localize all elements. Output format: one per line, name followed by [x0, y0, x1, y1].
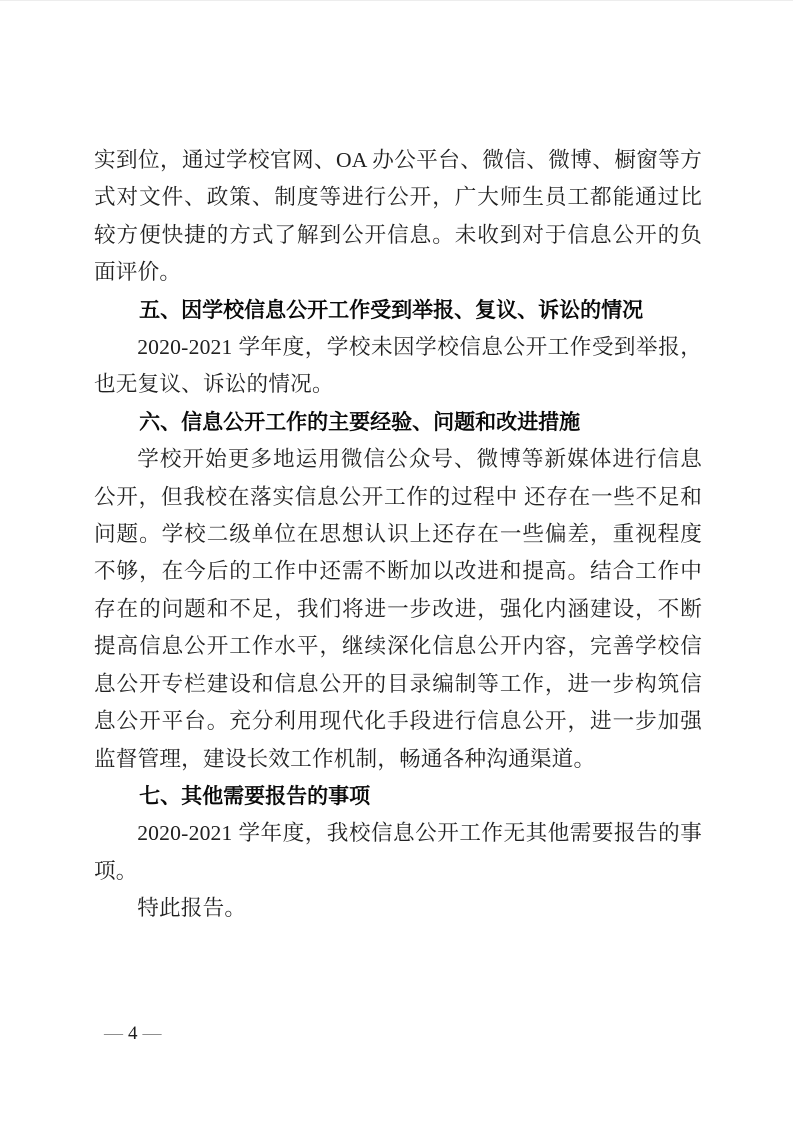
section-heading-seven: 七、其他需要报告的事项	[94, 778, 702, 815]
section-heading-six: 六、信息公开工作的主要经验、问题和改进措施	[94, 404, 702, 441]
paragraph-section-five: 2020-2021 学年度，学校未因学校信息公开工作受到举报，也无复议、诉讼的情…	[94, 329, 702, 404]
paragraph-section-six: 学校开始更多地运用微信公众号、微博等新媒体进行信息公开，但我校在落实信息公开工作…	[94, 441, 702, 778]
document-content: 实到位，通过学校官网、OA 办公平台、微信、微博、橱窗等方式对文件、政策、制度等…	[94, 142, 702, 928]
paragraph-closing: 特此报告。	[94, 890, 702, 927]
page-number: 4	[128, 1023, 138, 1045]
document-page: 实到位，通过学校官网、OA 办公平台、微信、微博、橱窗等方式对文件、政策、制度等…	[0, 0, 793, 1122]
footer-dash-right: —	[143, 1023, 162, 1045]
paragraph-section-seven: 2020-2021 学年度，我校信息公开工作无其他需要报告的事项。	[94, 815, 702, 890]
section-heading-five: 五、因学校信息公开工作受到举报、复议、诉讼的情况	[94, 292, 702, 329]
page-footer: — 4 —	[104, 1023, 162, 1045]
footer-dash-left: —	[104, 1023, 123, 1045]
paragraph-continuation: 实到位，通过学校官网、OA 办公平台、微信、微博、橱窗等方式对文件、政策、制度等…	[94, 142, 702, 292]
